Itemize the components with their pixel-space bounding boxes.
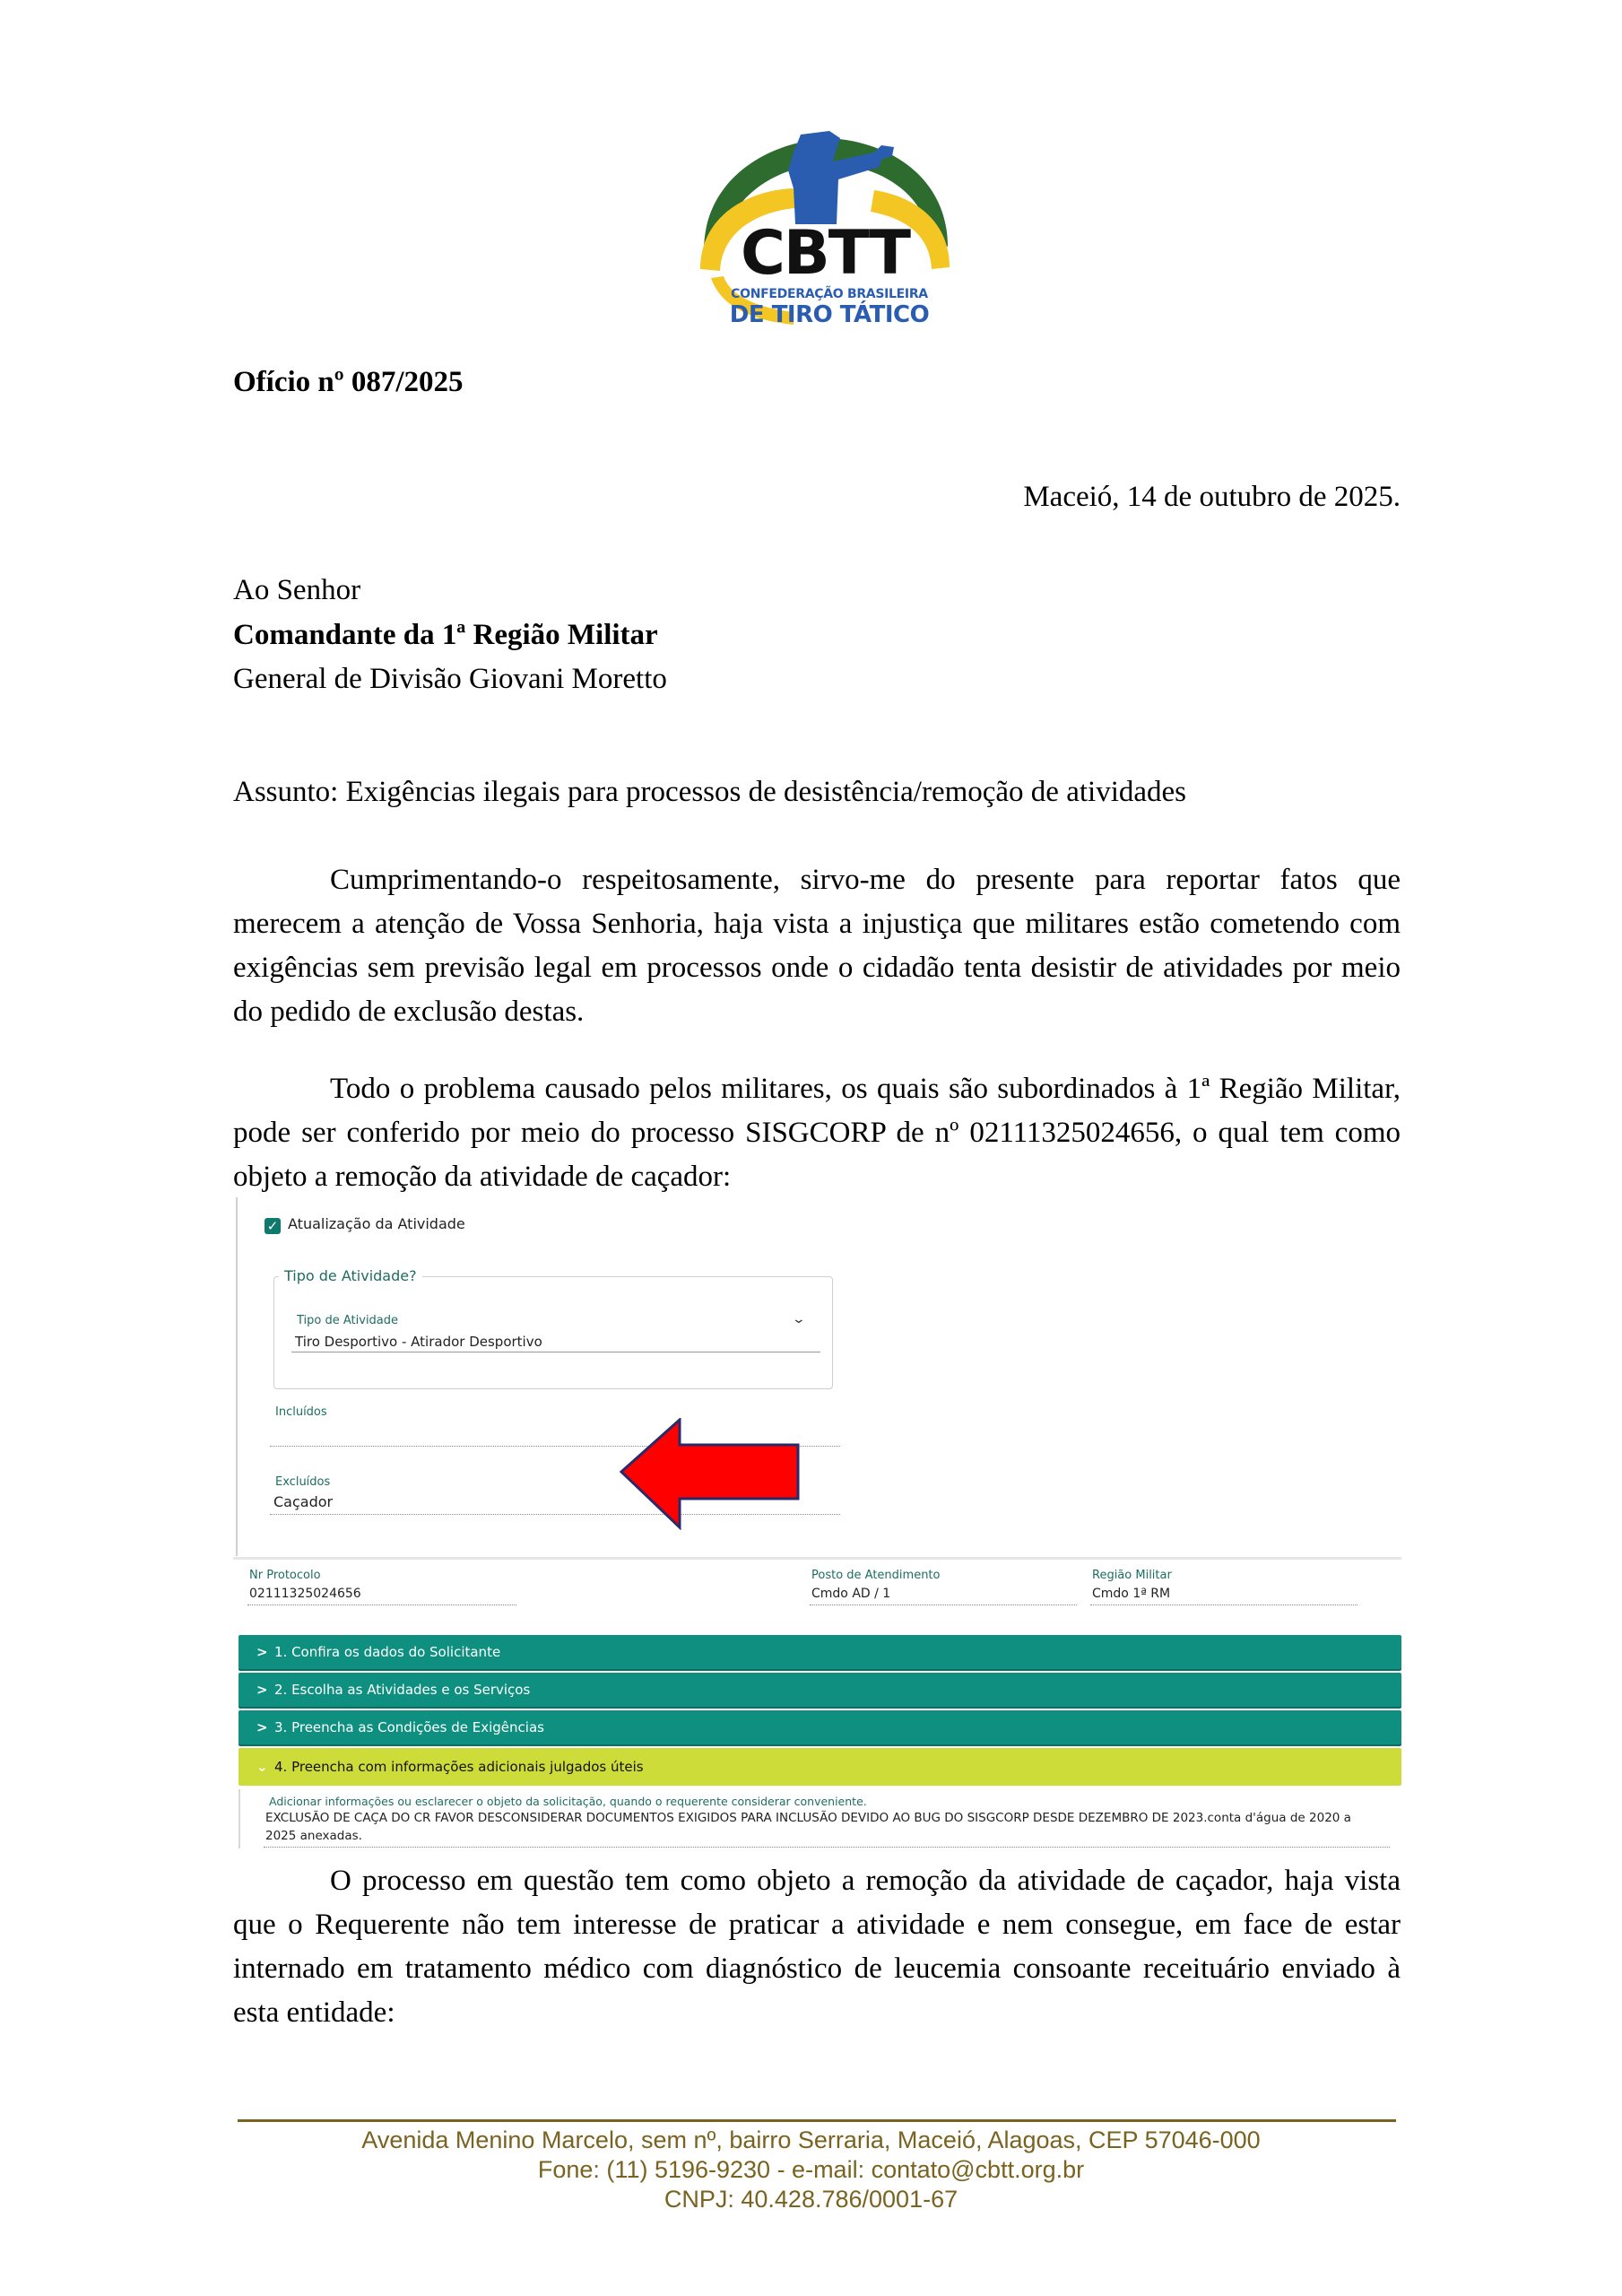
subject-line: Assunto: Exigências ilegais para process… — [233, 770, 1186, 814]
chevron-right-icon: > — [256, 1673, 274, 1707]
footer-divider — [238, 2119, 1396, 2122]
step-4-panel: Adicionar informações ou esclarecer o ob… — [239, 1789, 1401, 1848]
cbtt-logo: CBTT CONFEDERAÇÃO BRASILEIRA DE TIRO TÁT… — [695, 126, 955, 332]
paragraph-1: Cumprimentando-o respeitosamente, sirvo-… — [233, 858, 1401, 1034]
service-post-value: Cmdo AD / 1 — [811, 1587, 890, 1601]
accordion-step-2[interactable]: >2. Escolha as Atividades e os Serviços — [239, 1673, 1401, 1707]
protocol-number-label: Nr Protocolo — [249, 1569, 321, 1582]
protocol-number-value: 02111325024656 — [249, 1587, 361, 1601]
step-1-label: 1. Confira os dados do Solicitante — [274, 1644, 500, 1660]
paragraph-2: Todo o problema causado pelos militares,… — [233, 1067, 1401, 1199]
chevron-right-icon: > — [256, 1710, 274, 1744]
fieldset-legend: Tipo de Atividade? — [279, 1267, 422, 1284]
footer-cnpj: CNPJ: 40.428.786/0001-67 — [0, 2185, 1622, 2214]
textarea-underline — [264, 1847, 1390, 1848]
activity-type-select-label: Tipo de Atividade — [297, 1314, 398, 1327]
oficio-number: Ofício nº 087/2025 — [233, 361, 464, 404]
accordion-step-3[interactable]: >3. Preencha as Condições de Exigências — [239, 1710, 1401, 1744]
step-2-label: 2. Escolha as Atividades e os Serviços — [274, 1682, 530, 1698]
service-post-underline — [810, 1605, 1077, 1605]
date-line: Maceió, 14 de outubro de 2025. — [1023, 475, 1401, 519]
protocol-info-row: Nr Protocolo 02111325024656 Posto de Ate… — [233, 1557, 1401, 1610]
logo-wordmark: CBTT — [722, 222, 928, 285]
military-region-value: Cmdo 1ª RM — [1092, 1587, 1170, 1601]
included-label: Incluídos — [275, 1405, 327, 1419]
footer-contact: Fone: (11) 5196-9230 - e-mail: contato@c… — [0, 2155, 1622, 2185]
protocol-number-underline — [247, 1605, 516, 1605]
logo-subtitle-1: CONFEDERAÇÃO BRASILEIRA — [722, 287, 937, 301]
excluded-label: Excluídos — [275, 1475, 330, 1489]
chevron-down-icon[interactable]: ⌄ — [792, 1312, 806, 1326]
accordion-step-1[interactable]: >1. Confira os dados do Solicitante — [239, 1635, 1401, 1669]
step-4-label: 4. Preencha com informações adicionais j… — [274, 1759, 644, 1775]
additional-info-textarea[interactable]: EXCLUSÃO DE CAÇA DO CR FAVOR DESCONSIDER… — [265, 1809, 1377, 1845]
step-3-label: 3. Preencha as Condições de Exigências — [274, 1719, 544, 1735]
military-region-label: Região Militar — [1092, 1569, 1172, 1582]
recipient-title: Comandante da 1ª Região Militar — [233, 613, 658, 657]
excluded-field[interactable]: Caçador — [273, 1493, 333, 1510]
service-post-label: Posto de Atendimento — [811, 1569, 940, 1582]
paragraph-3: O processo em questão tem como objeto a … — [233, 1859, 1401, 2035]
select-underline — [291, 1352, 820, 1352]
accordion-step-4[interactable]: ⌄4. Preencha com informações adicionais … — [239, 1748, 1401, 1786]
logo-subtitle-2: DE TIRO TÁTICO — [722, 301, 937, 328]
request-steps-accordion: >1. Confira os dados do Solicitante >2. … — [239, 1635, 1401, 1848]
chevron-right-icon: > — [256, 1635, 274, 1669]
red-arrow-icon — [619, 1418, 807, 1530]
embedded-screenshot-activity-form: ✓ Atualização da Atividade Tipo de Ativi… — [236, 1197, 1403, 1556]
military-region-underline — [1090, 1605, 1357, 1605]
footer-address: Avenida Menino Marcelo, sem nº, bairro S… — [0, 2126, 1622, 2155]
chevron-down-icon: ⌄ — [256, 1748, 274, 1786]
salutation: Ao Senhor — [233, 569, 360, 613]
checkbox-checked-icon[interactable]: ✓ — [265, 1218, 281, 1234]
additional-info-hint: Adicionar informações ou esclarecer o ob… — [269, 1795, 867, 1808]
recipient-name: General de Divisão Giovani Moretto — [233, 657, 667, 701]
activity-type-select[interactable]: Tiro Desportivo - Atirador Desportivo — [295, 1334, 542, 1350]
activity-type-fieldset — [273, 1276, 833, 1389]
checkbox-label: Atualização da Atividade — [288, 1215, 465, 1232]
